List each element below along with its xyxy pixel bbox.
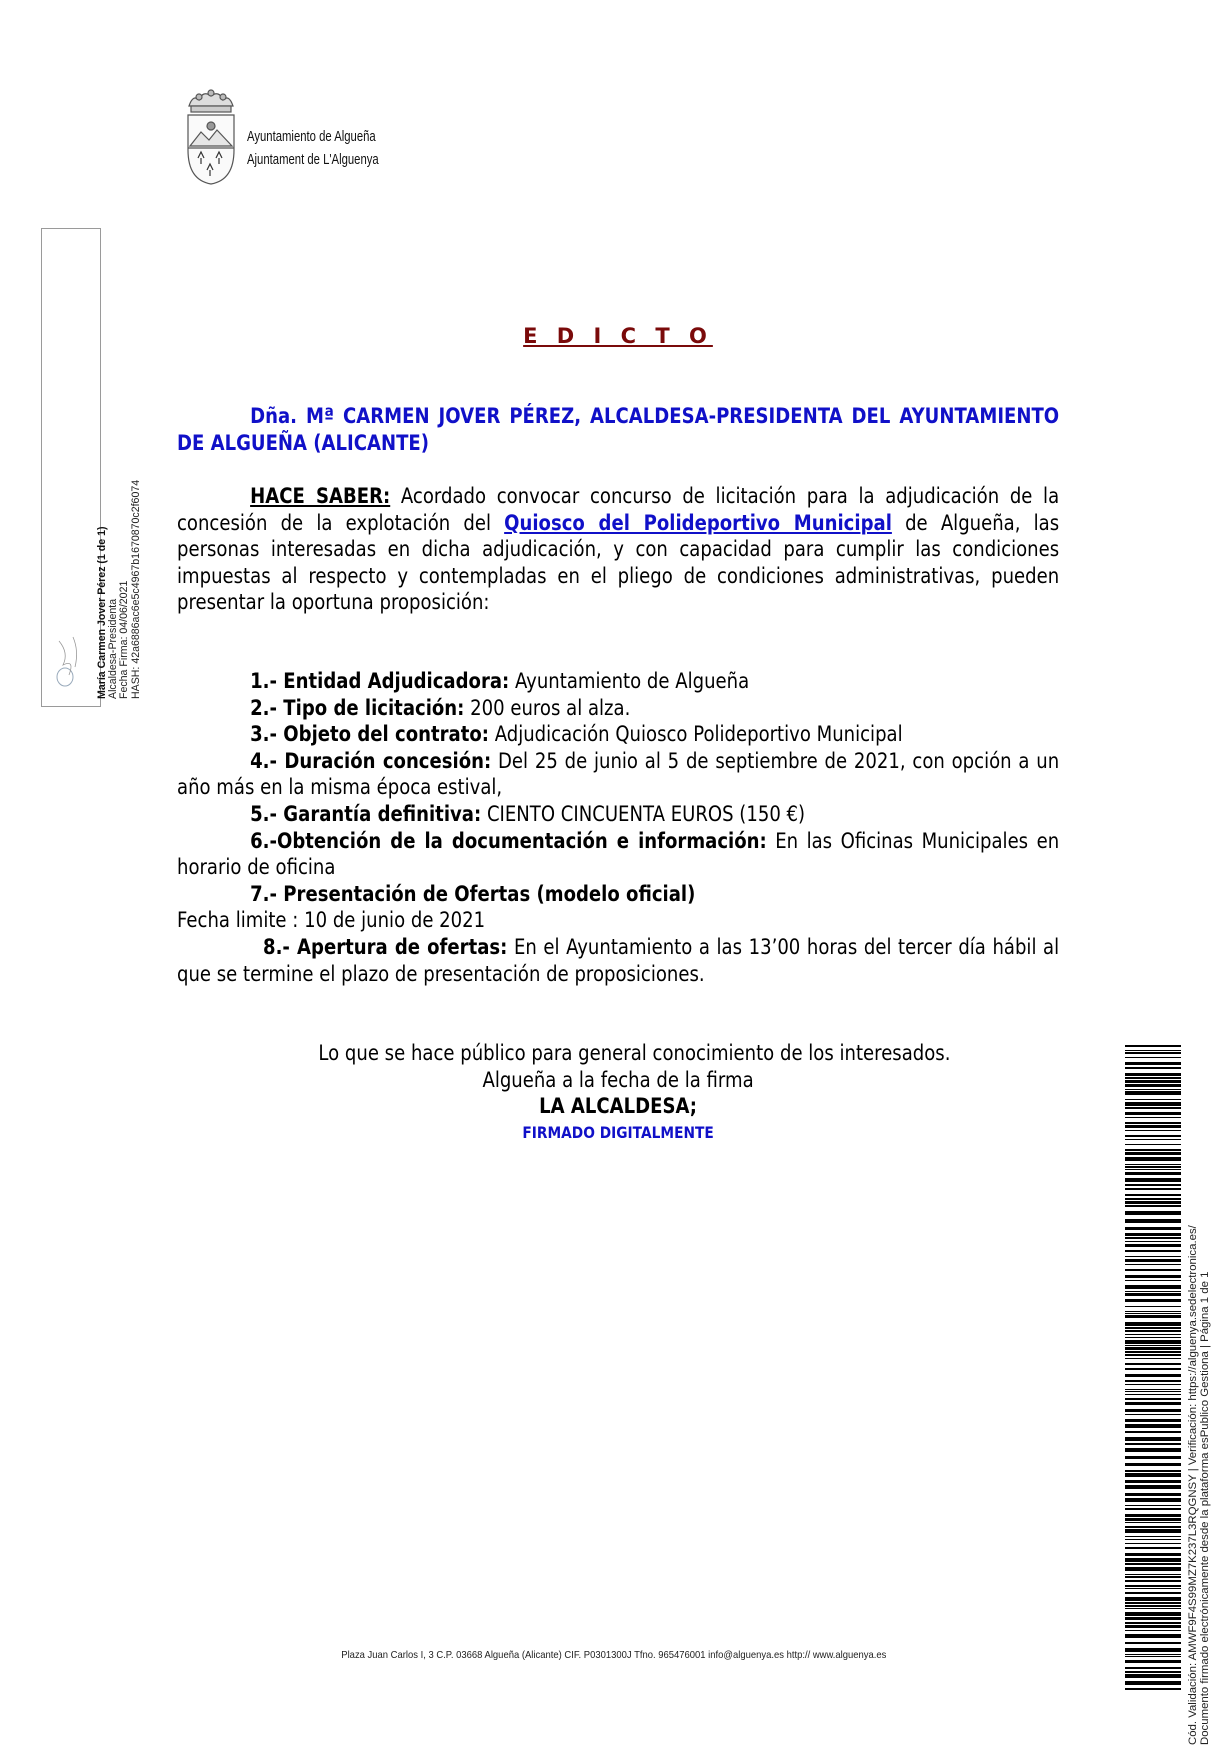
signer-title: LA ALCALDESA; (177, 1093, 1059, 1120)
intro-paragraph: HACE SABER: Acordado convocar concurso d… (177, 483, 1059, 616)
document-title: E D I C T O (177, 324, 1059, 348)
validation-code: Cód. Validación: AMWF9F4S99MZ7K237L3RQGN… (1187, 1225, 1199, 1745)
list-item: 5.- Garantía definitiva: CIENTO CINCUENT… (177, 801, 1059, 828)
document-heading: Dña. Mª CARMEN JOVER PÉREZ, ALCALDESA-PR… (177, 403, 1059, 456)
deadline-line: Fecha limite : 10 de junio de 2021 (177, 907, 1059, 934)
letterhead-text: Ayuntamiento de Algueña Ajuntament de L'… (247, 126, 379, 172)
quiosco-link[interactable]: Quiosco del Polideportivo Municipal (504, 511, 892, 535)
letterhead: Ayuntamiento de Algueña Ajuntament de L'… (183, 88, 373, 188)
verification-text: Cód. Validación: AMWF9F4S99MZ7K237L3RQGN… (1187, 1225, 1211, 1745)
heading-text: Dña. Mª CARMEN JOVER PÉREZ, ALCALDESA-PR… (177, 404, 1059, 455)
letterhead-line-1: Ayuntamiento de Algueña (247, 126, 379, 149)
closing-line-2: Algueña a la fecha de la firma (177, 1067, 1059, 1094)
barcode-icon (1125, 1045, 1181, 1693)
intro-lead: HACE SABER: (250, 484, 390, 508)
list-item: 2.- Tipo de licitación: 200 euros al alz… (177, 695, 1059, 722)
digitally-signed-label: FIRMADO DIGITALMENTE (177, 1120, 1059, 1147)
list-item: 8.- Apertura de ofertas: En el Ayuntamie… (177, 934, 1059, 987)
signature-date: Fecha Firma: 04/06/2021 (119, 239, 130, 699)
conditions-list: 1.- Entidad Adjudicadora: Ayuntamiento d… (177, 668, 1059, 987)
signature-details: María Carmen Jover Pérez (1 de 1) Alcald… (97, 239, 142, 699)
list-item: 6.-Obtención de la documentación e infor… (177, 828, 1059, 881)
list-item: 7.- Presentación de Ofertas (modelo ofic… (177, 881, 1059, 908)
coat-of-arms-icon (183, 88, 239, 186)
signature-seal-icon (55, 631, 87, 689)
footer-contact: Plaza Juan Carlos I, 3 C.P. 03668 Algueñ… (341, 1649, 886, 1661)
list-item: 4.- Duración concesión: Del 25 de junio … (177, 748, 1059, 801)
list-item: 1.- Entidad Adjudicadora: Ayuntamiento d… (177, 668, 1059, 695)
platform-note: Documento firmado electrónicamente desde… (1199, 1225, 1211, 1745)
signature-stamp: María Carmen Jover Pérez (1 de 1) Alcald… (41, 228, 101, 707)
letterhead-line-2: Ajuntament de L'Alguenya (247, 149, 379, 172)
closing: Lo que se hace público para general cono… (177, 1040, 1059, 1146)
closing-line-1: Lo que se hace público para general cono… (177, 1040, 1059, 1067)
signature-hash: HASH: 42a6886ac6e5c4967b1670870c2f6074 (131, 239, 142, 699)
page-footer: Plaza Juan Carlos I, 3 C.P. 03668 Algueñ… (0, 1649, 1228, 1661)
list-item: 3.- Objeto del contrato: Adjudicación Qu… (177, 721, 1059, 748)
